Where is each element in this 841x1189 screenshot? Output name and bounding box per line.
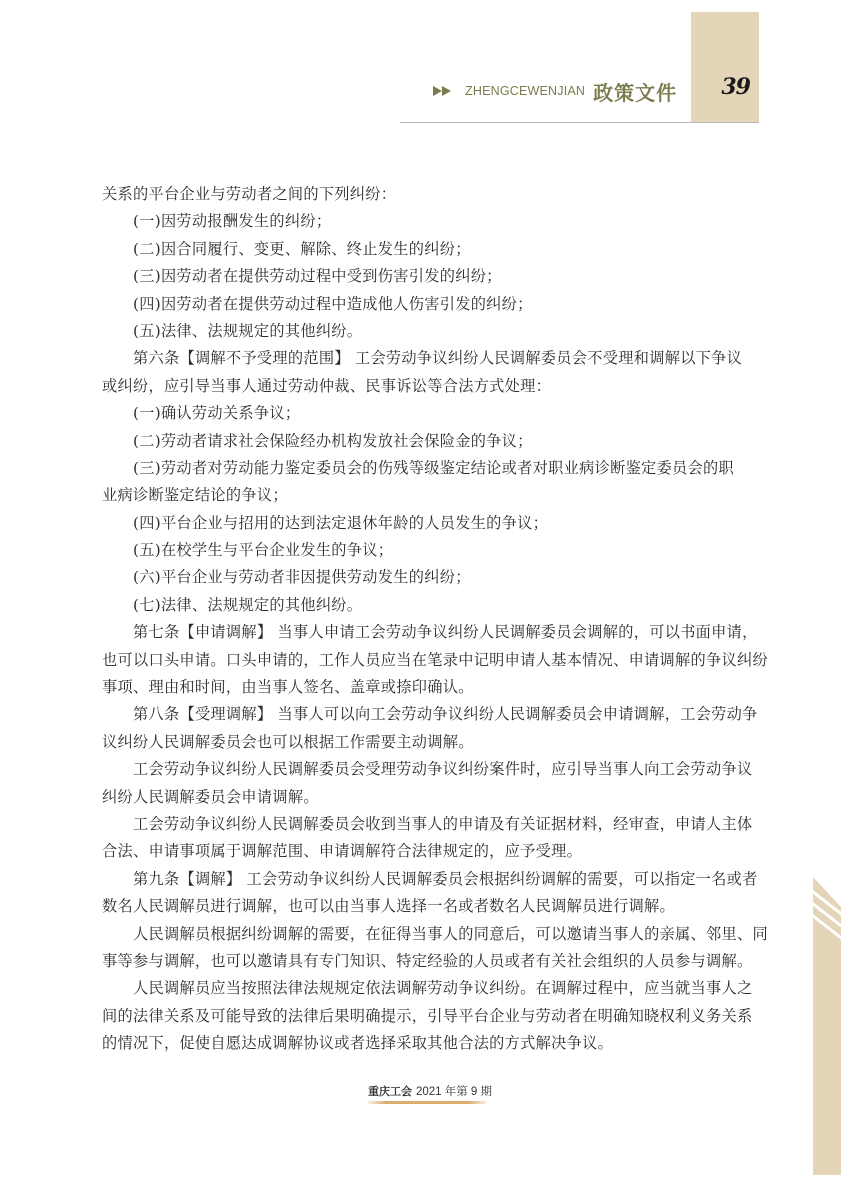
section-title-cn: 政策文件 [593,77,677,106]
header-divider [400,122,759,123]
text-line: 第九条【调解】 工会劳动争议纠纷人民调解委员会根据纠纷调解的需要，可以指定一名或… [102,866,752,893]
text-line: 第六条【调解不予受理的范围】 工会劳动争议纠纷人民调解委员会不受理和调解以下争议 [102,345,752,372]
text-line: 第八条【受理调解】 当事人可以向工会劳动争议纠纷人民调解委员会申请调解，工会劳动… [102,701,752,728]
section-title-en: ZHENGCEWENJIAN [465,84,585,98]
text-line: 纠纷人民调解委员会申请调解。 [102,784,752,811]
text-line: (三)因劳动者在提供劳动过程中受到伤害引发的纠纷； [102,263,752,290]
magazine-name: 重庆工会 [368,1085,412,1098]
text-line: (七)法律、法规规定的其他纠纷。 [102,592,752,619]
text-line: 人民调解员根据纠纷调解的需要，在征得当事人的同意后，可以邀请当事人的亲属、邻里、… [102,921,752,948]
text-line: (二)因合同履行、变更、解除、终止发生的纠纷； [102,236,752,263]
article-body: 关系的平台企业与劳动者之间的下列纠纷：(一)因劳动报酬发生的纠纷；(二)因合同履… [102,181,752,1058]
double-arrow-right-icon [433,86,451,96]
text-line: (一)确认劳动关系争议； [102,400,752,427]
text-line: 的情况下，促使自愿达成调解协议或者选择采取其他合法的方式解决争议。 [102,1030,752,1057]
text-line: (五)法律、法规规定的其他纠纷。 [102,318,752,345]
text-line: 工会劳动争议纠纷人民调解委员会收到当事人的申请及有关证据材料，经审查，申请人主体 [102,811,752,838]
text-line: 也可以口头申请。口头申请的，工作人员应当在笔录中记明申请人基本情况、申请调解的争… [102,647,752,674]
text-line: (四)因劳动者在提供劳动过程中造成他人伤害引发的纠纷； [102,291,752,318]
text-line: 人民调解员应当按照法律法规规定依法调解劳动争议纠纷。在调解过程中，应当就当事人之 [102,975,752,1002]
section-header: ZHENGCEWENJIAN 政策文件 [433,78,677,104]
text-line: 第七条【申请调解】 当事人申请工会劳动争议纠纷人民调解委员会调解的，可以书面申请… [102,619,752,646]
text-line: 业病诊断鉴定结论的争议； [102,482,752,509]
page-number: 39 [691,74,750,100]
footer-bar [368,1101,486,1104]
text-line: 或纠纷，应引导当事人通过劳动仲裁、民事诉讼等合法方式处理： [102,373,752,400]
text-line: 合法、申请事项属于调解范围、申请调解符合法律规定的，应予受理。 [102,838,752,865]
text-line: (二)劳动者请求社会保险经办机构发放社会保险金的争议； [102,428,752,455]
text-line: 工会劳动争议纠纷人民调解委员会受理劳动争议纠纷案件时，应引导当事人向工会劳动争议 [102,756,752,783]
text-line: 事项、理由和时间，由当事人签名、盖章或捺印确认。 [102,674,752,701]
text-line: (五)在校学生与平台企业发生的争议； [102,537,752,564]
text-line: (三)劳动者对劳动能力鉴定委员会的伤残等级鉴定结论或者对职业病诊断鉴定委员会的职 [102,455,752,482]
text-line: 关系的平台企业与劳动者之间的下列纠纷： [102,181,752,208]
text-line: 间的法律关系及可能导致的法律后果明确提示，引导平台企业与劳动者在明确知晓权利义务… [102,1003,752,1030]
text-line: (六)平台企业与劳动者非因提供劳动发生的纠纷； [102,564,752,591]
text-line: (一)因劳动报酬发生的纠纷； [102,208,752,235]
text-line: 数名人民调解员进行调解，也可以由当事人选择一名或者数名人民调解员进行调解。 [102,893,752,920]
text-line: 议纠纷人民调解委员会也可以根据工作需要主动调解。 [102,729,752,756]
page-tab [691,12,759,123]
issue-label: 2021 年第 9 期 [416,1086,492,1098]
text-line: (四)平台企业与招用的达到法定退休年龄的人员发生的争议； [102,510,752,537]
text-line: 事等参与调解，也可以邀请具有专门知识、特定经验的人员或者有关社会组织的人员参与调… [102,948,752,975]
footer: 重庆工会2021 年第 9 期 [360,1083,500,1099]
